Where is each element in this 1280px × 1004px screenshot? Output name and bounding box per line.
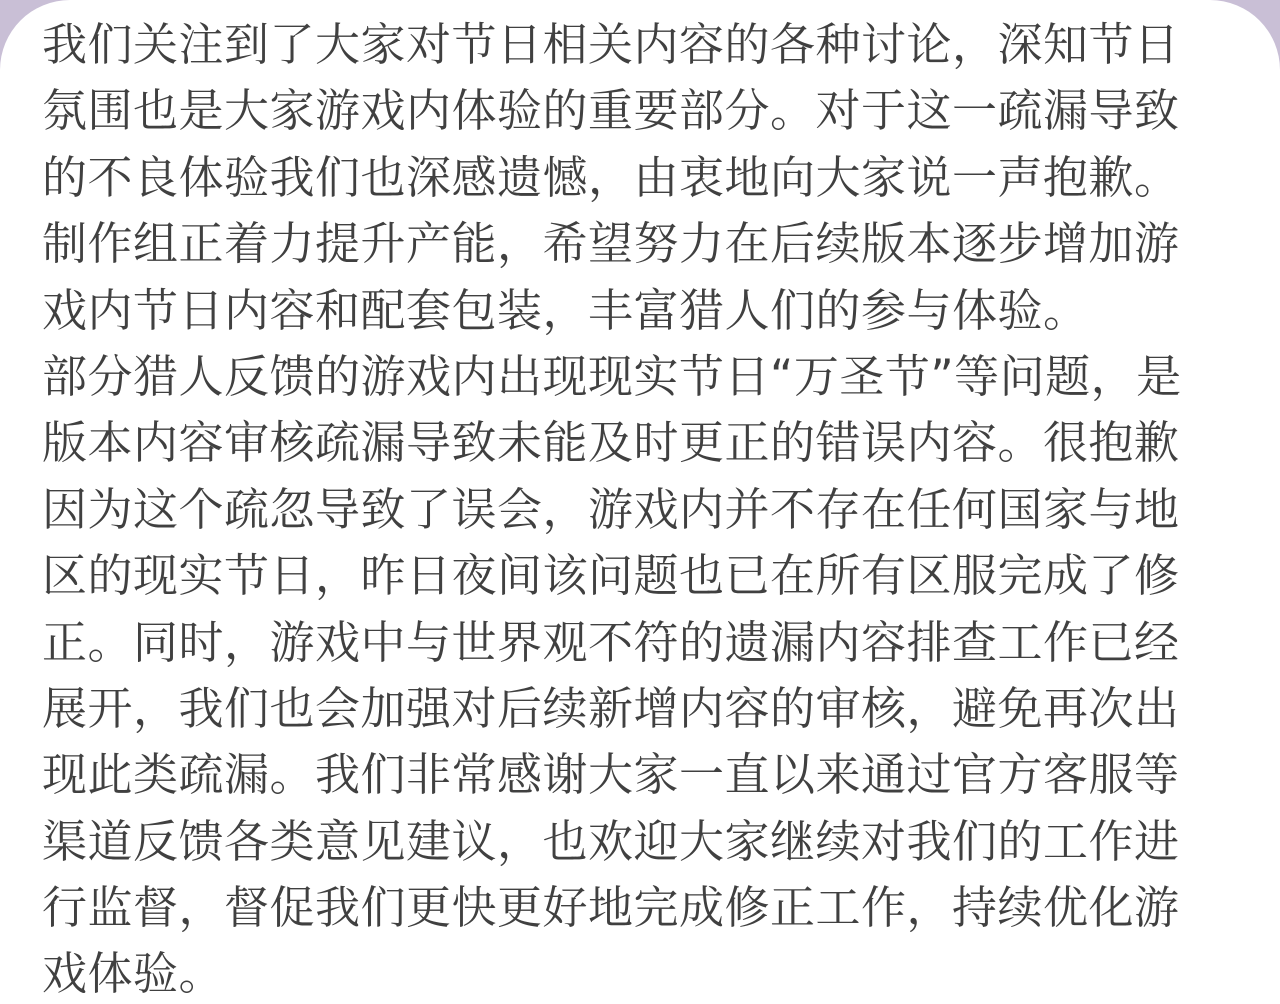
text-line: 渠道反馈各类意见建议，也欢迎大家继续对我们的工作进: [42, 809, 1242, 875]
text-line: 氛围也是大家游戏内体验的重要部分。对于这一疏漏导致: [42, 78, 1242, 144]
text-line: 版本内容审核疏漏导致未能及时更正的错误内容。很抱歉: [42, 410, 1242, 476]
text-line: 正。同时，游戏中与世界观不符的遗漏内容排查工作已经: [42, 610, 1242, 676]
announcement-text: 我们关注到了大家对节日相关内容的各种讨论，深知节日 氛围也是大家游戏内体验的重要…: [42, 12, 1242, 1004]
text-line: 区的现实节日，昨日夜间该问题也已在所有区服完成了修: [42, 543, 1242, 609]
text-line: 戏体验。: [42, 941, 1242, 1004]
page-background: 我们关注到了大家对节日相关内容的各种讨论，深知节日 氛围也是大家游戏内体验的重要…: [0, 0, 1280, 1004]
text-line: 因为这个疏忽导致了误会，游戏内并不存在任何国家与地: [42, 477, 1242, 543]
text-line: 戏内节日内容和配套包装，丰富猎人们的参与体验。: [42, 278, 1242, 344]
text-line: 制作组正着力提升产能，希望努力在后续版本逐步增加游: [42, 211, 1242, 277]
text-line: 展开，我们也会加强对后续新增内容的审核，避免再次出: [42, 676, 1242, 742]
text-line: 我们关注到了大家对节日相关内容的各种讨论，深知节日: [42, 12, 1242, 78]
text-line: 的不良体验我们也深感遗憾，由衷地向大家说一声抱歉。: [42, 145, 1242, 211]
text-line: 现此类疏漏。我们非常感谢大家一直以来通过官方客服等: [42, 742, 1242, 808]
text-line: 行监督，督促我们更快更好地完成修正工作，持续优化游: [42, 875, 1242, 941]
text-line: 部分猎人反馈的游戏内出现现实节日“万圣节”等问题，是: [42, 344, 1242, 410]
message-bubble: 我们关注到了大家对节日相关内容的各种讨论，深知节日 氛围也是大家游戏内体验的重要…: [0, 0, 1280, 1004]
